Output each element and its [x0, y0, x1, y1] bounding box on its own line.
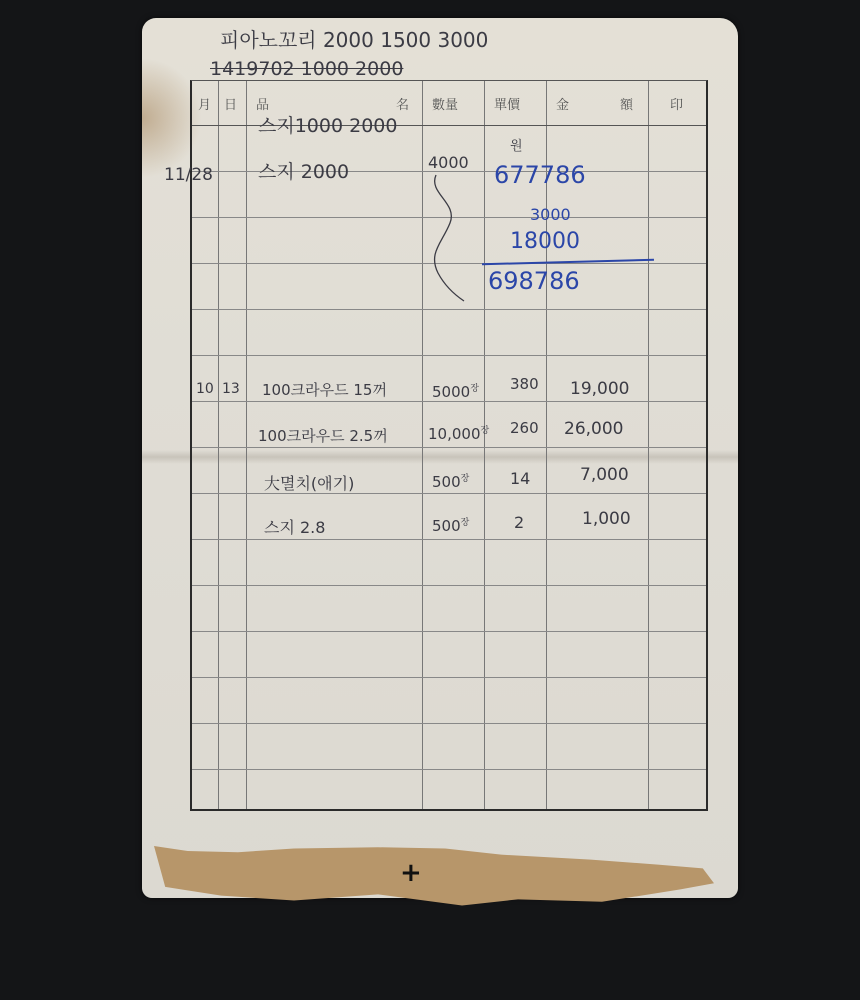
brace-stroke: [428, 173, 468, 303]
note-line-2: 1419702 1000 2000: [210, 58, 403, 80]
header-quantity: 數量: [432, 81, 458, 125]
row1-amount: 19,000: [570, 379, 629, 399]
tape-mark: +: [400, 858, 422, 888]
header-unit-price: 單價: [494, 81, 520, 125]
torn-tape: [154, 846, 714, 908]
row3-qty: 500장: [432, 471, 469, 491]
sum-line: [482, 259, 654, 266]
header-name: 名: [396, 81, 409, 125]
row1-qty: 5000장: [432, 381, 479, 401]
row3-amount: 7,000: [580, 465, 629, 485]
header-seal: 印: [670, 81, 683, 125]
row1-price: 380: [510, 375, 539, 393]
header-day: 日: [224, 81, 237, 125]
row2-price: 260: [510, 419, 539, 437]
row4-qty: 500장: [432, 515, 469, 535]
row1-month: 10: [196, 381, 214, 397]
note-line-3: 스지1000 2000: [258, 111, 397, 138]
row3-price: 14: [510, 469, 530, 488]
entry-date: 11/28: [164, 165, 213, 185]
row4-price: 2: [514, 513, 524, 532]
entry-item: 스지 2000: [258, 157, 349, 184]
row2-qty: 10,000장: [428, 423, 489, 443]
calc-3: 18000: [510, 229, 580, 254]
row4-amount: 1,000: [582, 509, 631, 529]
row2-amount: 26,000: [564, 419, 623, 439]
entry-won: 원: [510, 135, 523, 154]
row1-item: 100크라우드 15꺼: [262, 379, 387, 400]
row2-item: 100크라우드 2.5꺼: [258, 425, 388, 446]
row1-day: 13: [222, 381, 240, 397]
calc-total: 698786: [488, 267, 580, 295]
header-amount-left: 金: [556, 81, 569, 125]
ledger-table: 月 日 品 名 數量 單價 金 額 印 스지1000 2000 11/28 스지…: [190, 80, 708, 811]
header-month: 月: [198, 81, 211, 125]
row3-item: 大멸치(애기): [264, 471, 354, 494]
entry-qty-note: 4000: [428, 153, 469, 172]
header-amount-right: 額: [620, 81, 633, 125]
calc-2: 3000: [530, 205, 571, 224]
note-line-1: 피아노꼬리 2000 1500 3000: [220, 24, 488, 53]
calc-1: 677786: [494, 161, 586, 189]
row4-item: 스지 2.8: [264, 515, 325, 538]
